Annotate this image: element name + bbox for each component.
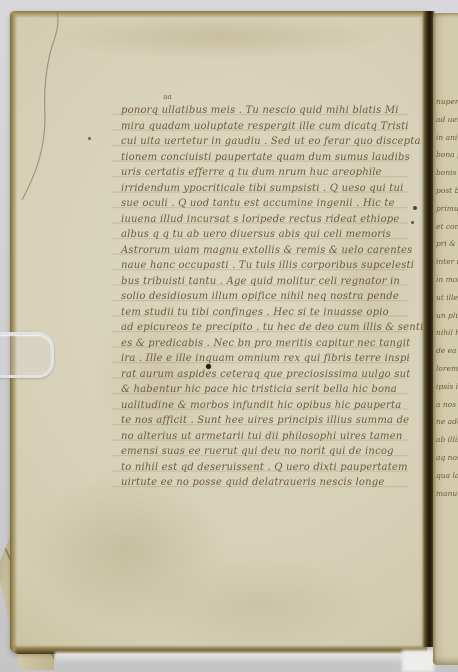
facing-page-text-line: ipsis i thes xyxy=(436,378,458,396)
manuscript-text-line: uirtute ee no posse quid delatraueris ne… xyxy=(121,475,409,491)
crease-line xyxy=(0,0,90,240)
manuscript-text-line: irridendum ypocriticale tibi sumpsisti .… xyxy=(121,181,409,197)
parchment-speck xyxy=(88,137,91,140)
facing-page-text-line: inter illos xyxy=(436,253,458,271)
table-highlight xyxy=(402,650,434,672)
facing-page-text-line: bona paup xyxy=(436,146,458,164)
interlinear-gloss: ua xyxy=(163,94,172,101)
manuscript-text-line: no alterius ut armetarii tui dii philoso… xyxy=(121,429,409,445)
manuscript-text-line: tionem conciuisti paupertate quam dum su… xyxy=(121,150,409,166)
manuscript-text-line: sue oculi . Q uod tantu est accumine ing… xyxy=(121,196,409,212)
facing-page-text-line: nihil hoc n xyxy=(436,324,458,342)
table-highlight xyxy=(55,652,430,662)
facing-page-text-line: a nos et Qu xyxy=(436,396,458,414)
facing-page-text-line: bonis fort xyxy=(436,164,458,182)
facing-page-text-line: pri & lingu xyxy=(436,235,458,253)
manuscript-text-line: albus q q tu ab uero diuersus abis qui c… xyxy=(121,227,409,243)
facing-page-text-line: in molesti xyxy=(436,271,458,289)
manuscript-text-line: ualitudine & morbos infundit hic opibus … xyxy=(121,398,409,414)
manuscript-text-line: tem studii tu tibi confinges . Hec si te… xyxy=(121,305,409,321)
manuscript-text-line: uris certatis efferre q tu dum nrum huc … xyxy=(121,165,409,181)
manuscript-text-line: & habentur hic pace hic tristicia serit … xyxy=(121,382,409,398)
facing-page-edge: nuper et n ad uersa u in anima e bona pa… xyxy=(433,13,458,665)
facing-page-text-line: qua la tra c xyxy=(436,467,458,485)
facing-page-text-line: ne adeps oc xyxy=(436,413,458,431)
manuscript-text-line: solio desidiosum illum opifice nihil neq… xyxy=(121,289,409,305)
facing-page-text-line: ad uersa u xyxy=(436,111,458,129)
manuscript-text-line: naue hanc occupasti . Tu tuis illis corp… xyxy=(121,258,409,274)
page-clip xyxy=(0,332,54,378)
facing-page-text-line: nuper et n xyxy=(436,93,458,111)
manuscript-text-line: rat aurum aspides ceteraq que preciosiss… xyxy=(121,367,409,383)
facing-page-text-line: lorem cred xyxy=(436,360,458,378)
manuscript-text-line: ira . Ille e ille inquam omnium rex qui … xyxy=(121,351,409,367)
facing-page-text-line: et conscie xyxy=(436,218,458,236)
parchment-speck xyxy=(411,221,414,224)
manuscript-photo: ponorq ullatibus meis . Tu nescio quid m… xyxy=(0,0,458,672)
manuscript-text-line: bus tribuisti tantu . Age quid molitur c… xyxy=(121,274,409,290)
facing-page-text-line: ut ille er xyxy=(436,289,458,307)
facing-page-text-line: post bellu xyxy=(436,182,458,200)
manuscript-text-line: emensi suas ee ruerut qui deu no norit q… xyxy=(121,444,409,460)
manuscript-text-line: iuuena illud incursat s loripede rectus … xyxy=(121,212,409,228)
manuscript-text-line: cui uita uertetur in gaudiu . Sed ut eo … xyxy=(121,134,409,150)
manuscript-text-line: ponorq ullatibus meis . Tu nescio quid m… xyxy=(121,103,409,119)
facing-page-text-line: de ea sic f xyxy=(436,342,458,360)
facing-page-text-line: in anima e xyxy=(436,129,458,147)
manuscript-text-block: ponorq ullatibus meis . Tu nescio quid m… xyxy=(121,103,409,495)
manuscript-text-line: ad epicureos te precipito . tu hec de de… xyxy=(121,320,409,336)
manuscript-text-line: Astrorum uiam magnu extollis & remis & u… xyxy=(121,243,409,259)
facing-page-text-line: ab illis nr u xyxy=(436,431,458,449)
facing-page-text-line: aq nos remo xyxy=(436,449,458,467)
manuscript-text-line: mira quadam uoluptate respergit ille cum… xyxy=(121,119,409,135)
facing-page-text-line: un plus m xyxy=(436,307,458,325)
manuscript-text-line: es & predicabis . Nec bn pro meritis cap… xyxy=(121,336,409,352)
facing-page-text-line: manu si con xyxy=(436,485,458,503)
parchment-speck xyxy=(413,206,417,210)
facing-page-text-line: primum re xyxy=(436,200,458,218)
manuscript-text-line: te nos afficit . Sunt hee uires principi… xyxy=(121,413,409,429)
manuscript-text-line: to nihil est qd deseruissent . Q uero di… xyxy=(121,460,409,476)
facing-page-text-block: nuper et n ad uersa u in anima e bona pa… xyxy=(436,93,458,502)
ink-dot xyxy=(206,364,211,369)
